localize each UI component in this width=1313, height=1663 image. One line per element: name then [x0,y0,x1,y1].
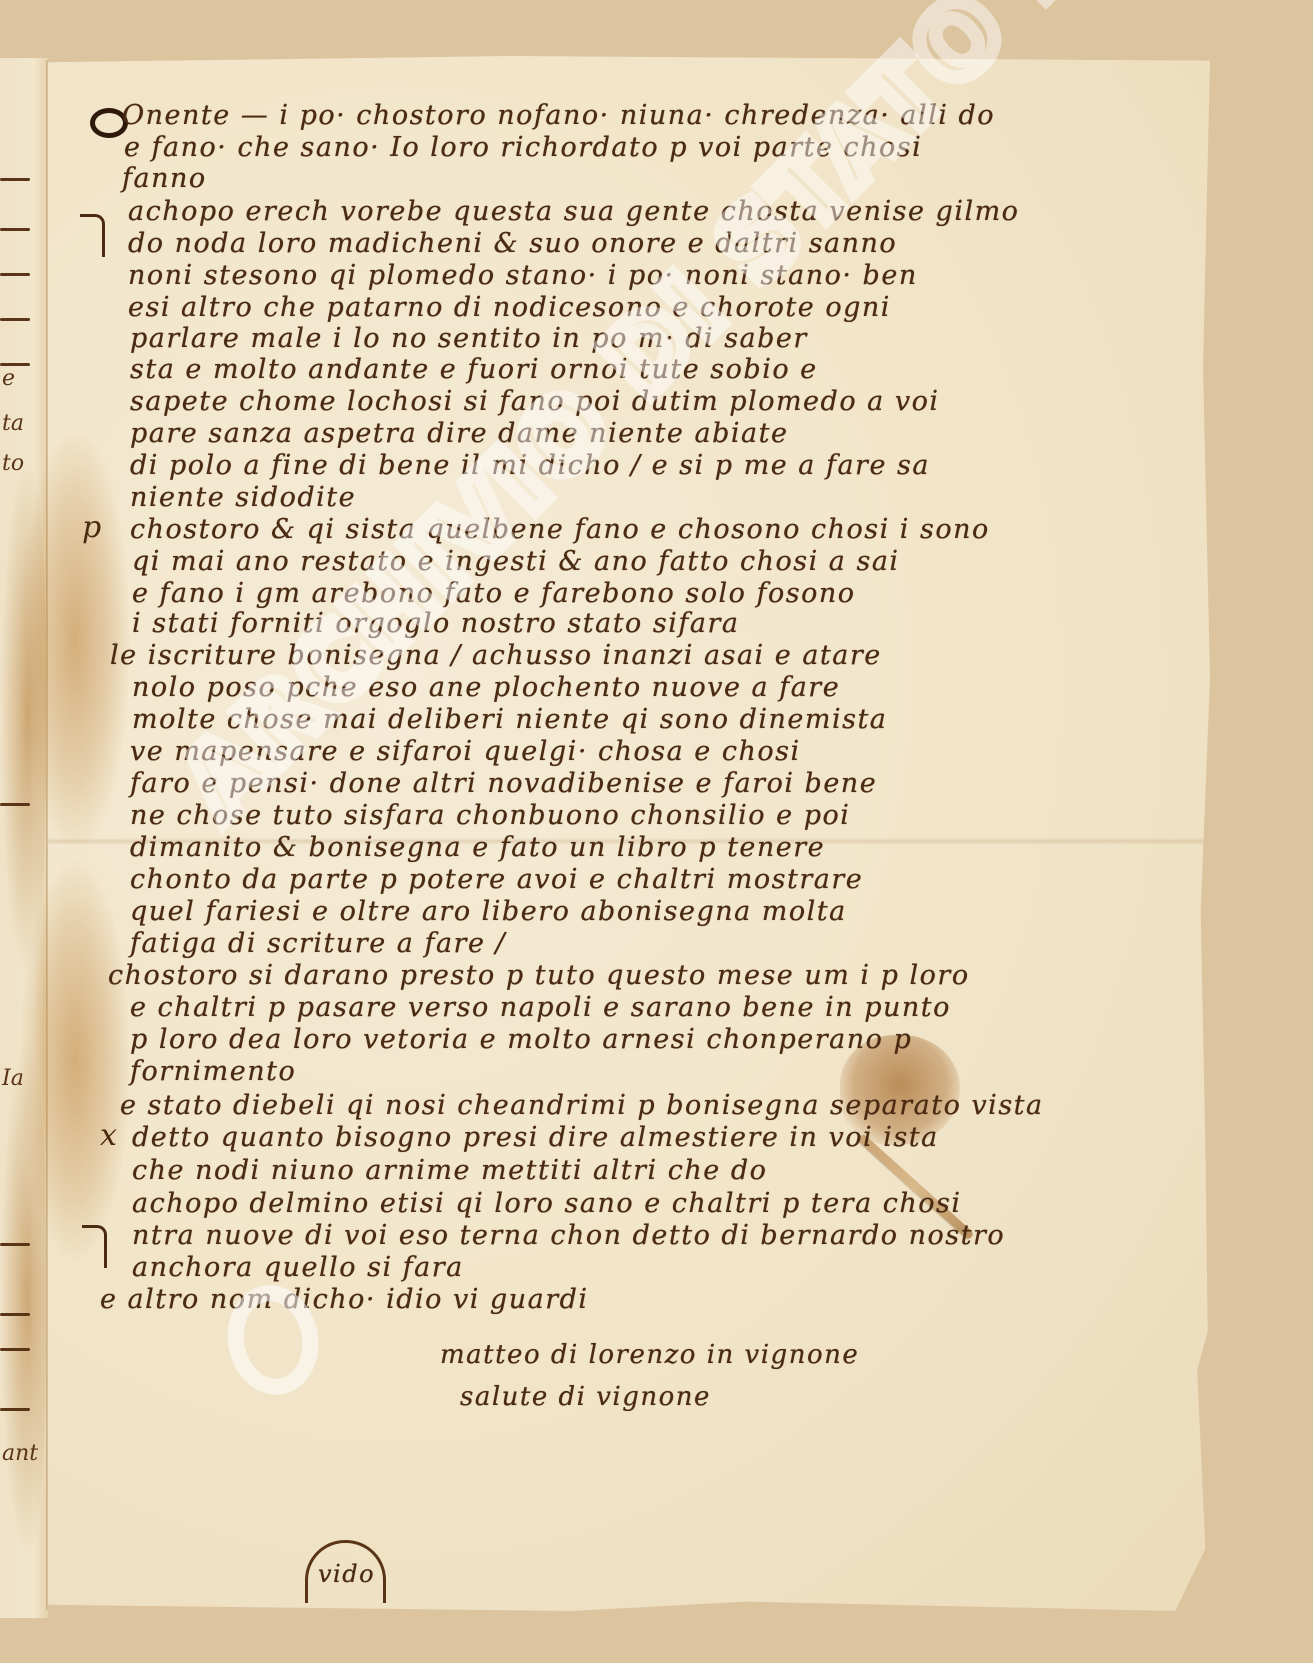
text-line: noni stesono qi plomedo stano· i po· non… [128,260,918,291]
text-line: e fano i gm arebono fato e farebono solo… [132,578,855,609]
water-stain [20,860,130,1260]
ink-stroke [0,803,30,806]
text-line: sta e molto andante e fuori ornoi tute s… [130,354,818,385]
text-line: pare sanza aspetra dire dame niente abia… [130,418,788,449]
text-line: molte chose mai deliberi niente qi sono … [132,704,887,735]
margin-bracket [82,1225,107,1268]
text-line: di polo a fine di bene il mi dicho / e s… [130,450,930,481]
text-line: i stati forniti orgoglo nostro stato sif… [132,608,739,639]
text-line: achopo delmino etisi qi loro sano e chal… [132,1188,962,1219]
text-line: ve mapensare e sifaroi quelgi· chosa e c… [130,736,801,767]
fragment-text: to [2,453,24,475]
text-line: e stato diebeli qi nosi cheandrimi p bon… [120,1090,1044,1121]
ink-stroke [0,318,30,321]
text-line: fanno [122,163,207,194]
margin-bracket [80,214,105,257]
margin-mark-p: p [82,510,101,545]
margin-mark-x: x [100,1118,117,1153]
text-line: anchora quello si fara [132,1252,464,1283]
text-line: chostoro & qi sista quelbene fano e chos… [130,514,990,545]
closing-mark-text: vido [318,1560,375,1588]
text-line: chostoro si darano presto p tuto questo … [108,960,970,991]
text-line: achopo erech vorebe questa sua gente cho… [128,196,1019,227]
signature-line: matteo di lorenzo in vignone [440,1340,859,1370]
text-line: niente sidodite [130,482,356,513]
text-line: e chaltri p pasare verso napoli e sarano… [130,992,951,1023]
text-line: sapete chome lochosi si fano poi dutim p… [130,386,939,417]
ink-stroke [0,273,30,276]
adjacent-sheet-fragment: e ta to Ia ant [0,58,48,1618]
text-line: do noda loro madicheni & suo onore e dal… [128,228,897,259]
ink-stroke [0,1408,30,1411]
text-line: parlare male i lo no sentito in po m· di… [130,323,808,354]
fragment-text: ta [2,413,24,435]
text-line: che nodi niuno arnime mettiti altri che … [132,1155,767,1186]
text-line: dimanito & bonisegna e fato un libro p t… [130,832,825,863]
text-line: fatiga di scriture a fare / [130,928,506,959]
text-line: ne chose tuto sisfara chonbuono chonsili… [130,800,850,831]
ink-stroke [0,228,30,231]
text-line: chonto da parte p potere avoi e chaltri … [130,864,863,895]
fragment-text: ant [2,1443,38,1465]
text-line: p loro dea loro vetoria e molto arnesi c… [130,1024,912,1055]
text-line: qi mai ano restato e ingesti & ano fatto… [132,546,900,577]
ink-stroke [0,1313,30,1316]
text-line: Onente — i po· chostoro nofano· niuna· c… [122,100,995,131]
text-line: nolo poso pche eso ane plochento nuove a… [132,672,840,703]
text-line: ntra nuove di voi eso terna chon detto d… [132,1220,1005,1251]
text-line: quel fariesi e oltre aro libero aboniseg… [130,896,847,927]
ink-stroke [0,1243,30,1246]
fragment-text: e [2,368,15,390]
ink-stroke [0,178,30,181]
text-line: e altro nom dicho· idio vi guardi [100,1284,589,1315]
ink-stroke [0,1348,30,1351]
text-line: faro e pensi· done altri novadibenise e … [130,768,877,799]
text-line: detto quanto bisogno presi dire almestie… [132,1122,939,1153]
text-line: esi altro che patarno di nodicesono e ch… [128,292,891,323]
signature-line: salute di vignone [460,1382,711,1412]
text-line: le iscriture bonisegna / achusso inanzi … [110,640,882,671]
text-line: fornimento [130,1056,296,1087]
text-line: e fano· che sano· Io loro richordato p v… [124,132,922,163]
